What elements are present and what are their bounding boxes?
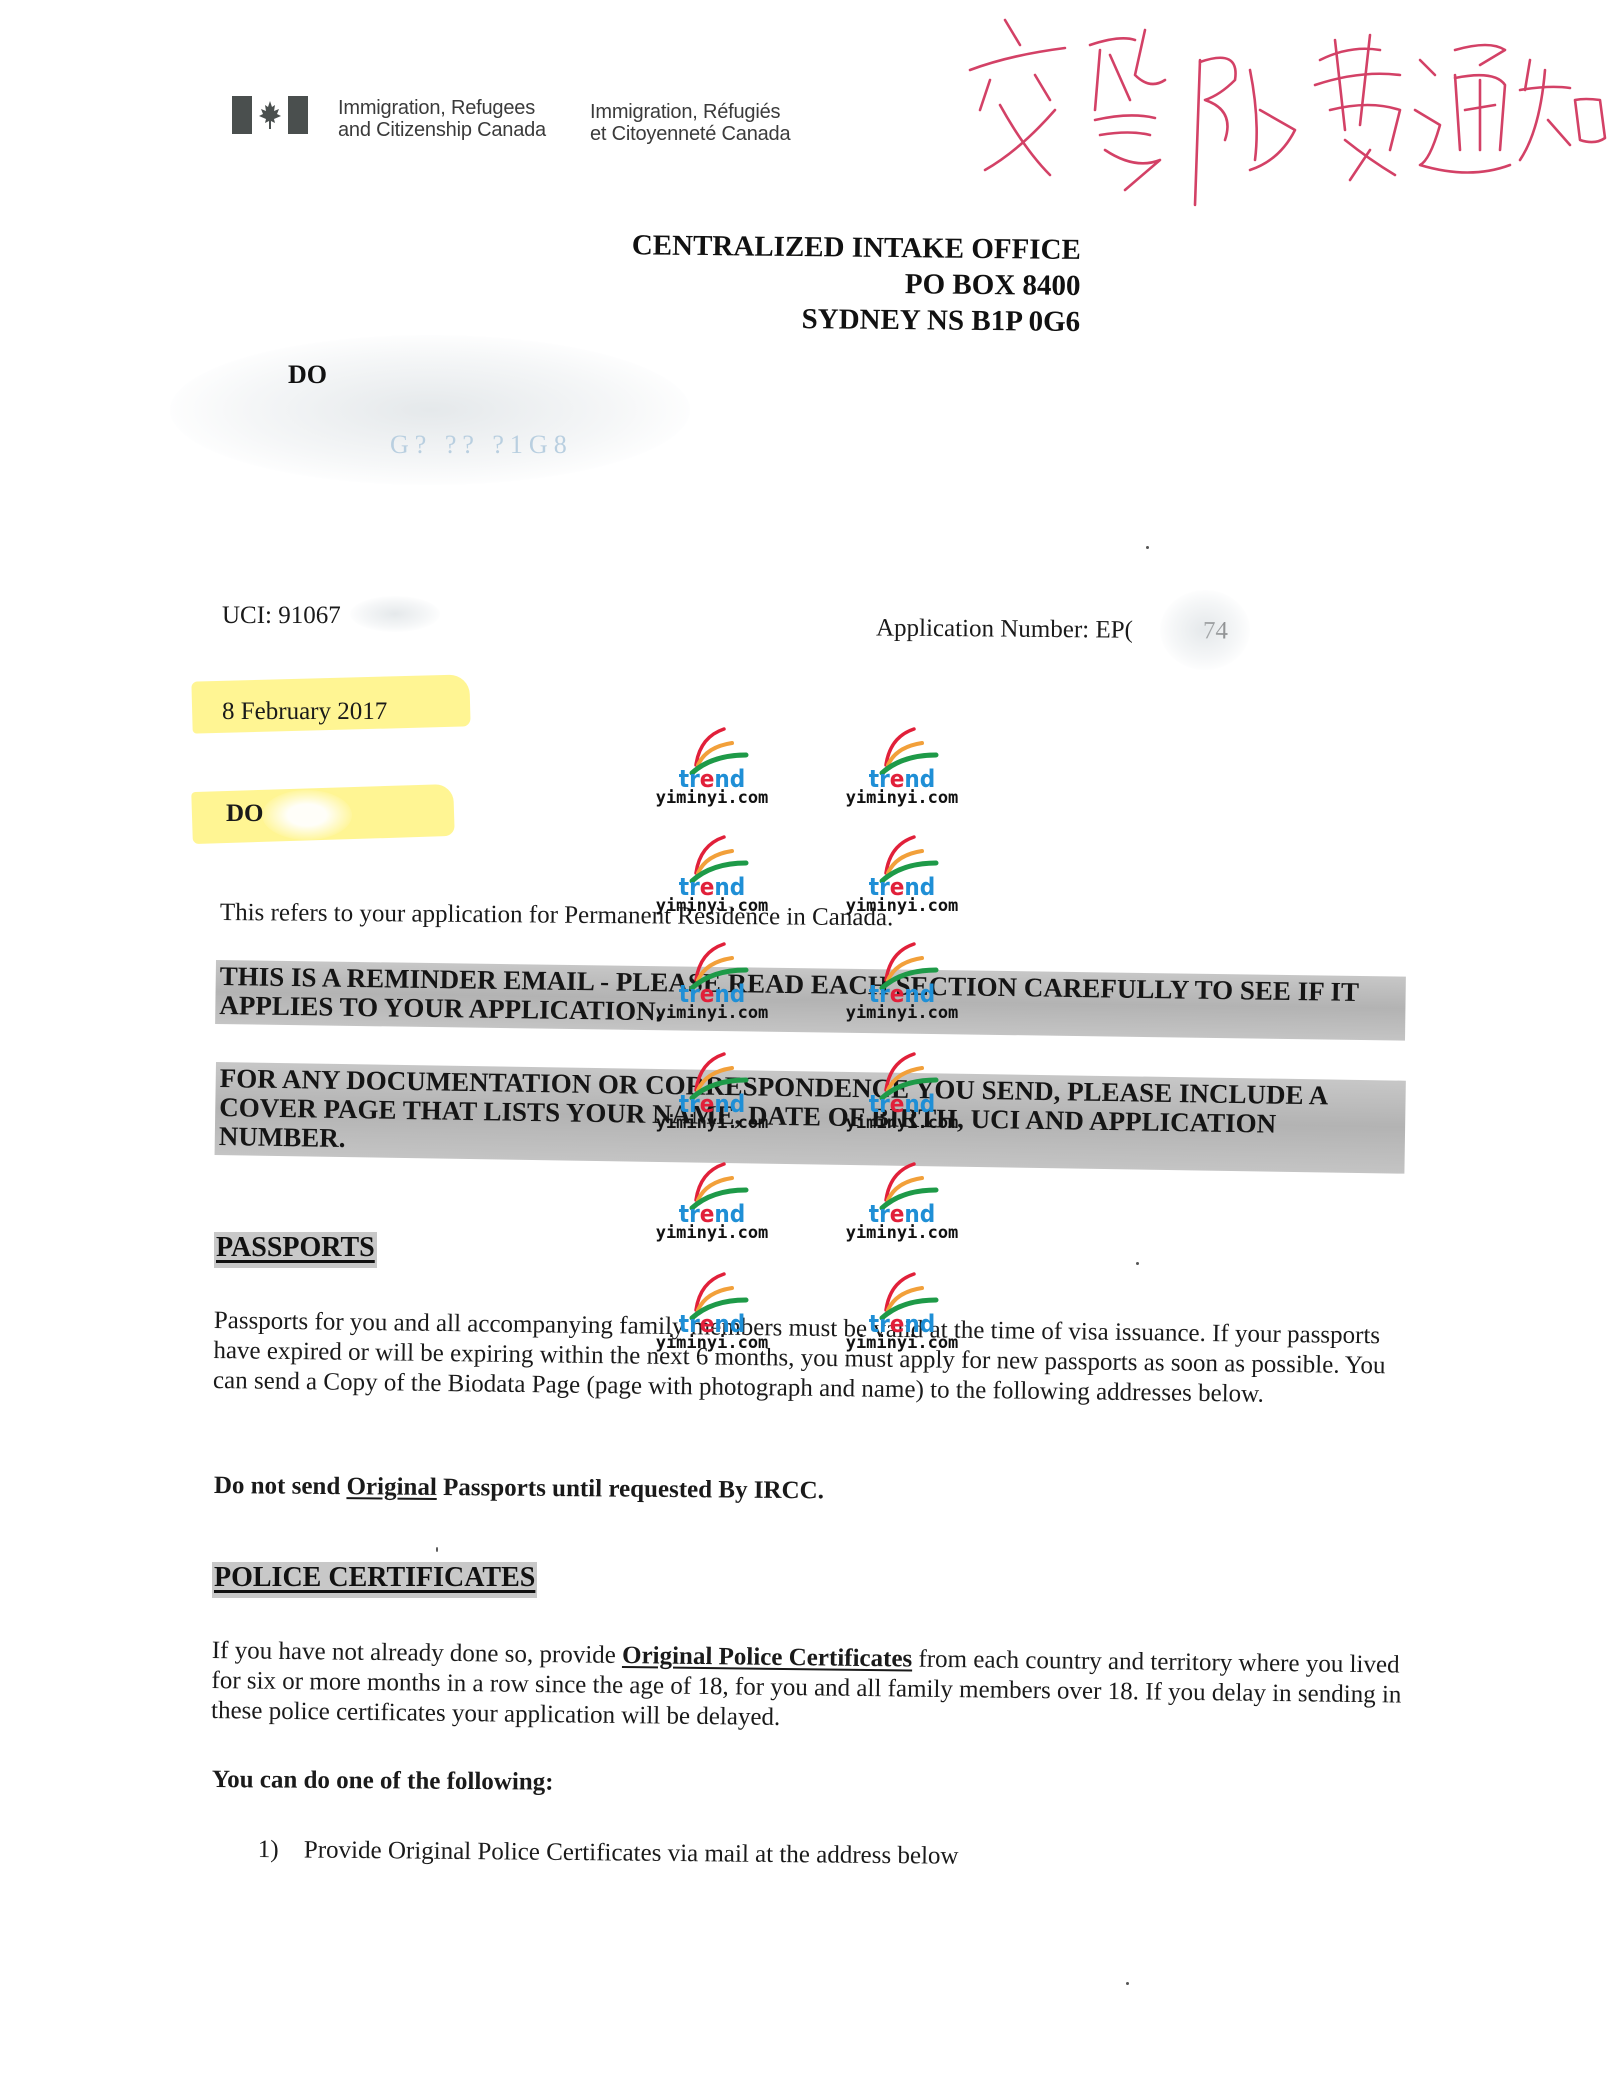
redaction-smudge (262, 790, 352, 840)
scan-speck (1146, 546, 1149, 549)
trend-logo-icon: trend (662, 833, 762, 897)
passports-paragraph: Passports for you and all accompanying f… (213, 1306, 1414, 1412)
sender-address: CENTRALIZED INTAKE OFFICE PO BOX 8400 SY… (631, 227, 1081, 340)
department-name-french: Immigration, Réfugiés et Citoyenneté Can… (590, 101, 790, 145)
scan-speck (1126, 1982, 1129, 1985)
trend-logo-icon: trend (852, 725, 952, 789)
letter-greeting: DO (226, 800, 264, 828)
police-certificates-paragraph: If you have not already done so, provide… (211, 1636, 1432, 1741)
watermark-logo: trendyiminyi.com (642, 1160, 782, 1250)
watermark-logo: trendyiminyi.com (832, 1160, 972, 1250)
options-heading: You can do one of the following: (212, 1766, 554, 1797)
scan-speck (436, 1547, 438, 1552)
svg-text:trend: trend (679, 765, 745, 789)
list-item: 1)Provide Original Police Certificates v… (258, 1836, 959, 1871)
police-certificates-heading: POLICE CERTIFICATES (212, 1562, 537, 1598)
department-name-english: Immigration, Refugees and Citizenship Ca… (338, 97, 546, 141)
redaction-smudge (170, 335, 690, 485)
cover-page-notice: FOR ANY DOCUMENTATION OR CORRESPONDENCE … (215, 1062, 1406, 1174)
canada-flag-icon (232, 96, 308, 134)
watermark-site-text: yiminyi.com (642, 1224, 782, 1242)
svg-text:trend: trend (869, 765, 935, 789)
watermark-logo: trendyiminyi.com (642, 725, 782, 815)
watermark-site-text: yiminyi.com (642, 789, 782, 807)
passports-heading: PASSPORTS (214, 1232, 377, 1268)
svg-text:trend: trend (869, 873, 935, 897)
trend-logo-icon: trend (662, 725, 762, 789)
svg-text:trend: trend (679, 873, 745, 897)
recipient-address-faded: G? ?? ?1G8 (390, 430, 573, 460)
reminder-notice: THIS IS A REMINDER EMAIL - PLEASE READ E… (215, 960, 1406, 1041)
passports-warning: Do not send Original Passports until req… (214, 1472, 824, 1505)
redaction-smudge (350, 596, 440, 632)
scan-speck (1136, 1262, 1139, 1265)
trend-logo-icon: trend (662, 1160, 762, 1224)
letter-date: 8 February 2017 (222, 698, 387, 726)
intro-paragraph: This refers to your application for Perm… (220, 898, 894, 933)
watermark-site-text: yiminyi.com (832, 1224, 972, 1242)
uci-number: UCI: 91067 (222, 602, 341, 630)
watermark-logo: trendyiminyi.com (832, 725, 972, 815)
svg-text:trend: trend (869, 1200, 935, 1224)
redaction-smudge (1160, 590, 1250, 670)
recipient-name: DO (288, 360, 327, 390)
svg-text:trend: trend (679, 1200, 745, 1224)
handwritten-annotation (950, 0, 1610, 210)
trend-logo-icon: trend (852, 1160, 952, 1224)
trend-logo-icon: trend (852, 833, 952, 897)
watermark-site-text: yiminyi.com (832, 789, 972, 807)
